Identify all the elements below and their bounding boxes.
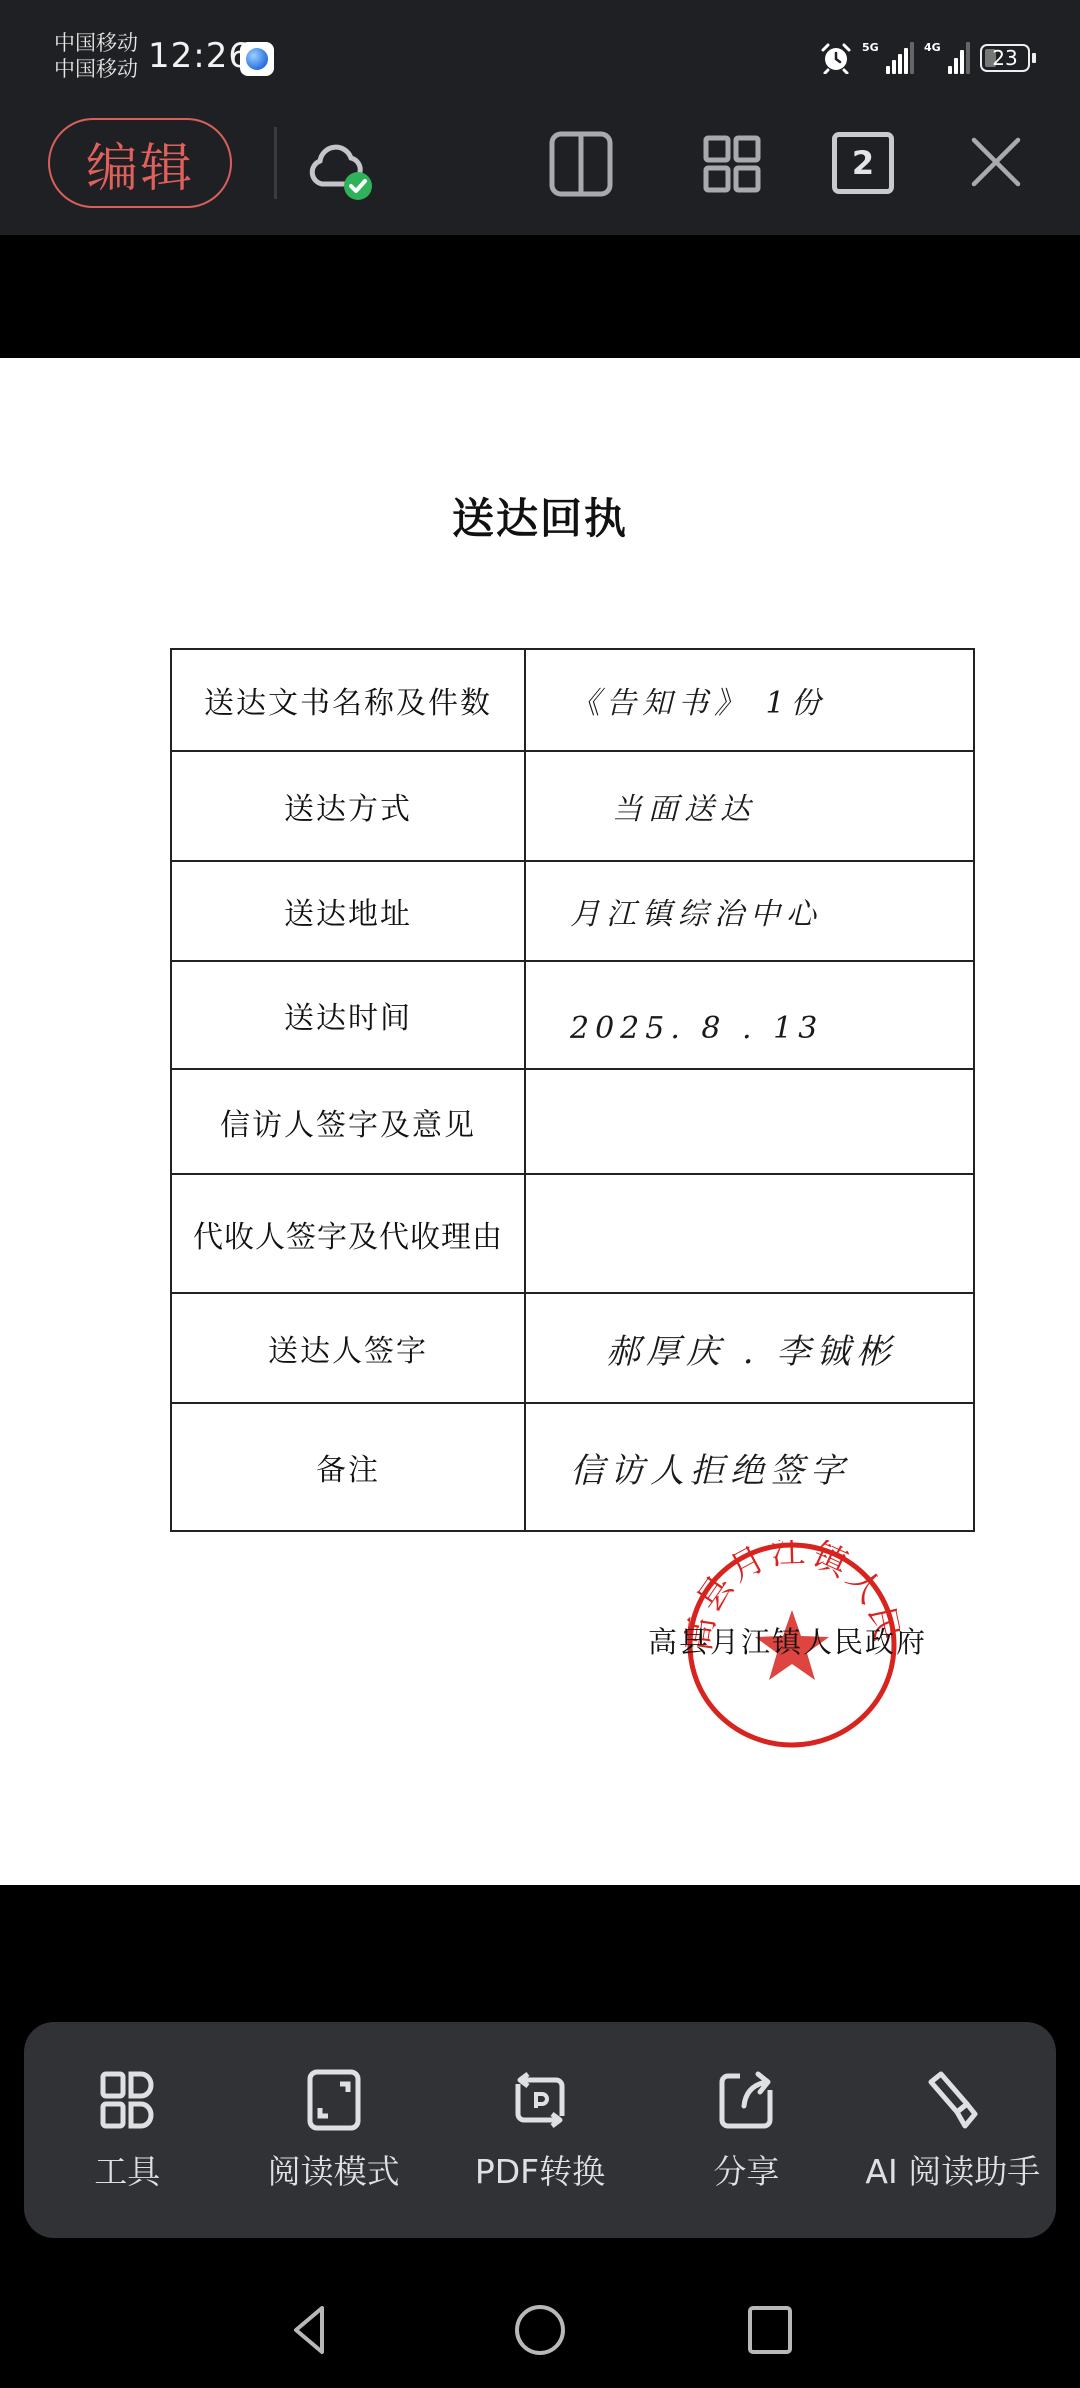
system-nav-bar — [0, 2250, 1080, 2388]
reading-mode-label: 阅读模式 — [268, 2146, 400, 2193]
edit-button[interactable]: 编辑 — [48, 118, 232, 208]
receipt-table: 送达文书名称及件数 《告知书》 1份 送达方式 当面送达 送达地址 月江镇综治中… — [170, 648, 975, 1532]
ai-assistant-button[interactable]: AI 阅读助手 — [850, 2068, 1056, 2193]
row-value: 郝厚庆 . 李铖彬 — [525, 1293, 974, 1403]
row-value: 月江镇综治中心 — [525, 861, 974, 961]
table-row: 送达地址 月江镇综治中心 — [171, 861, 974, 961]
table-row: 信访人签字及意见 — [171, 1069, 974, 1174]
cloud-synced-icon[interactable] — [300, 128, 380, 208]
reading-mode-icon — [302, 2068, 366, 2132]
table-row: 送达人签字 郝厚庆 . 李铖彬 — [171, 1293, 974, 1403]
row-label: 送达地址 — [171, 861, 525, 961]
signal-4g-icon: 4G — [924, 42, 970, 74]
row-label: 送达人签字 — [171, 1293, 525, 1403]
row-value: 信访人拒绝签字 — [525, 1403, 974, 1531]
row-label: 送达方式 — [171, 751, 525, 861]
grid-view-icon[interactable] — [700, 132, 764, 196]
share-label: 分享 — [713, 2146, 779, 2193]
document-page[interactable]: 送达回执 送达文书名称及件数 《告知书》 1份 送达方式 当面送达 送达地址 月… — [0, 358, 1080, 1885]
alarm-icon — [820, 42, 852, 74]
split-view-icon[interactable] — [548, 130, 616, 198]
ai-assistant-icon — [921, 2068, 985, 2132]
home-icon[interactable] — [510, 2300, 570, 2360]
row-value: 当面送达 — [525, 751, 974, 861]
table-row: 送达文书名称及件数 《告知书》 1份 — [171, 649, 974, 751]
row-label: 送达文书名称及件数 — [171, 649, 525, 751]
status-bar: 中国移动 中国移动 12:26 5G 4G 23 — [0, 0, 1080, 112]
ai-assistant-label: AI 阅读助手 — [865, 2146, 1040, 2193]
carrier-2: 中国移动 — [54, 56, 138, 82]
toolbar-divider — [274, 127, 277, 199]
reading-mode-button[interactable]: 阅读模式 — [230, 2068, 436, 2193]
carrier-1: 中国移动 — [54, 30, 138, 56]
row-label: 信访人签字及意见 — [171, 1069, 525, 1174]
tools-label: 工具 — [94, 2146, 160, 2193]
pdf-convert-button[interactable]: PDF转换 — [437, 2068, 643, 2193]
battery-level: 23 — [992, 46, 1017, 70]
carrier-labels: 中国移动 中国移动 — [54, 30, 138, 82]
share-button[interactable]: 分享 — [643, 2068, 849, 2193]
row-label: 备注 — [171, 1403, 525, 1531]
pdf-convert-label: PDF转换 — [475, 2146, 605, 2193]
share-icon — [714, 2068, 778, 2132]
close-icon[interactable] — [964, 130, 1028, 194]
top-toolbar: 编辑 2 — [0, 112, 1080, 235]
battery-icon: 23 — [980, 44, 1030, 72]
document-title: 送达回执 — [0, 486, 1080, 546]
row-label: 送达时间 — [171, 961, 525, 1069]
pdf-convert-icon — [508, 2068, 572, 2132]
row-label: 代收人签字及代收理由 — [171, 1174, 525, 1293]
tools-icon — [95, 2068, 159, 2132]
signal-5g-icon: 5G — [862, 42, 914, 74]
issuer-name: 高县月江镇人民政府 — [648, 1620, 927, 1661]
system-icons: 5G 4G 23 — [820, 40, 1030, 76]
row-value: 《告知书》 1份 — [525, 649, 974, 751]
back-icon[interactable] — [280, 2300, 340, 2360]
table-row: 送达时间 2025. 8 . 13 — [171, 961, 974, 1069]
page-count-button[interactable]: 2 — [832, 132, 894, 194]
recents-icon[interactable] — [740, 2300, 800, 2360]
tools-button[interactable]: 工具 — [24, 2068, 230, 2193]
table-row: 送达方式 当面送达 — [171, 751, 974, 861]
browser-notification-icon — [240, 42, 274, 76]
row-value: 2025. 8 . 13 — [525, 961, 974, 1069]
table-row: 备注 信访人拒绝签字 — [171, 1403, 974, 1531]
row-value — [525, 1174, 974, 1293]
row-value — [525, 1069, 974, 1174]
clock: 12:26 — [148, 36, 251, 76]
table-row: 代收人签字及代收理由 — [171, 1174, 974, 1293]
action-panel: 工具 阅读模式 PDF转换 分享 AI 阅读助手 — [24, 2022, 1056, 2238]
